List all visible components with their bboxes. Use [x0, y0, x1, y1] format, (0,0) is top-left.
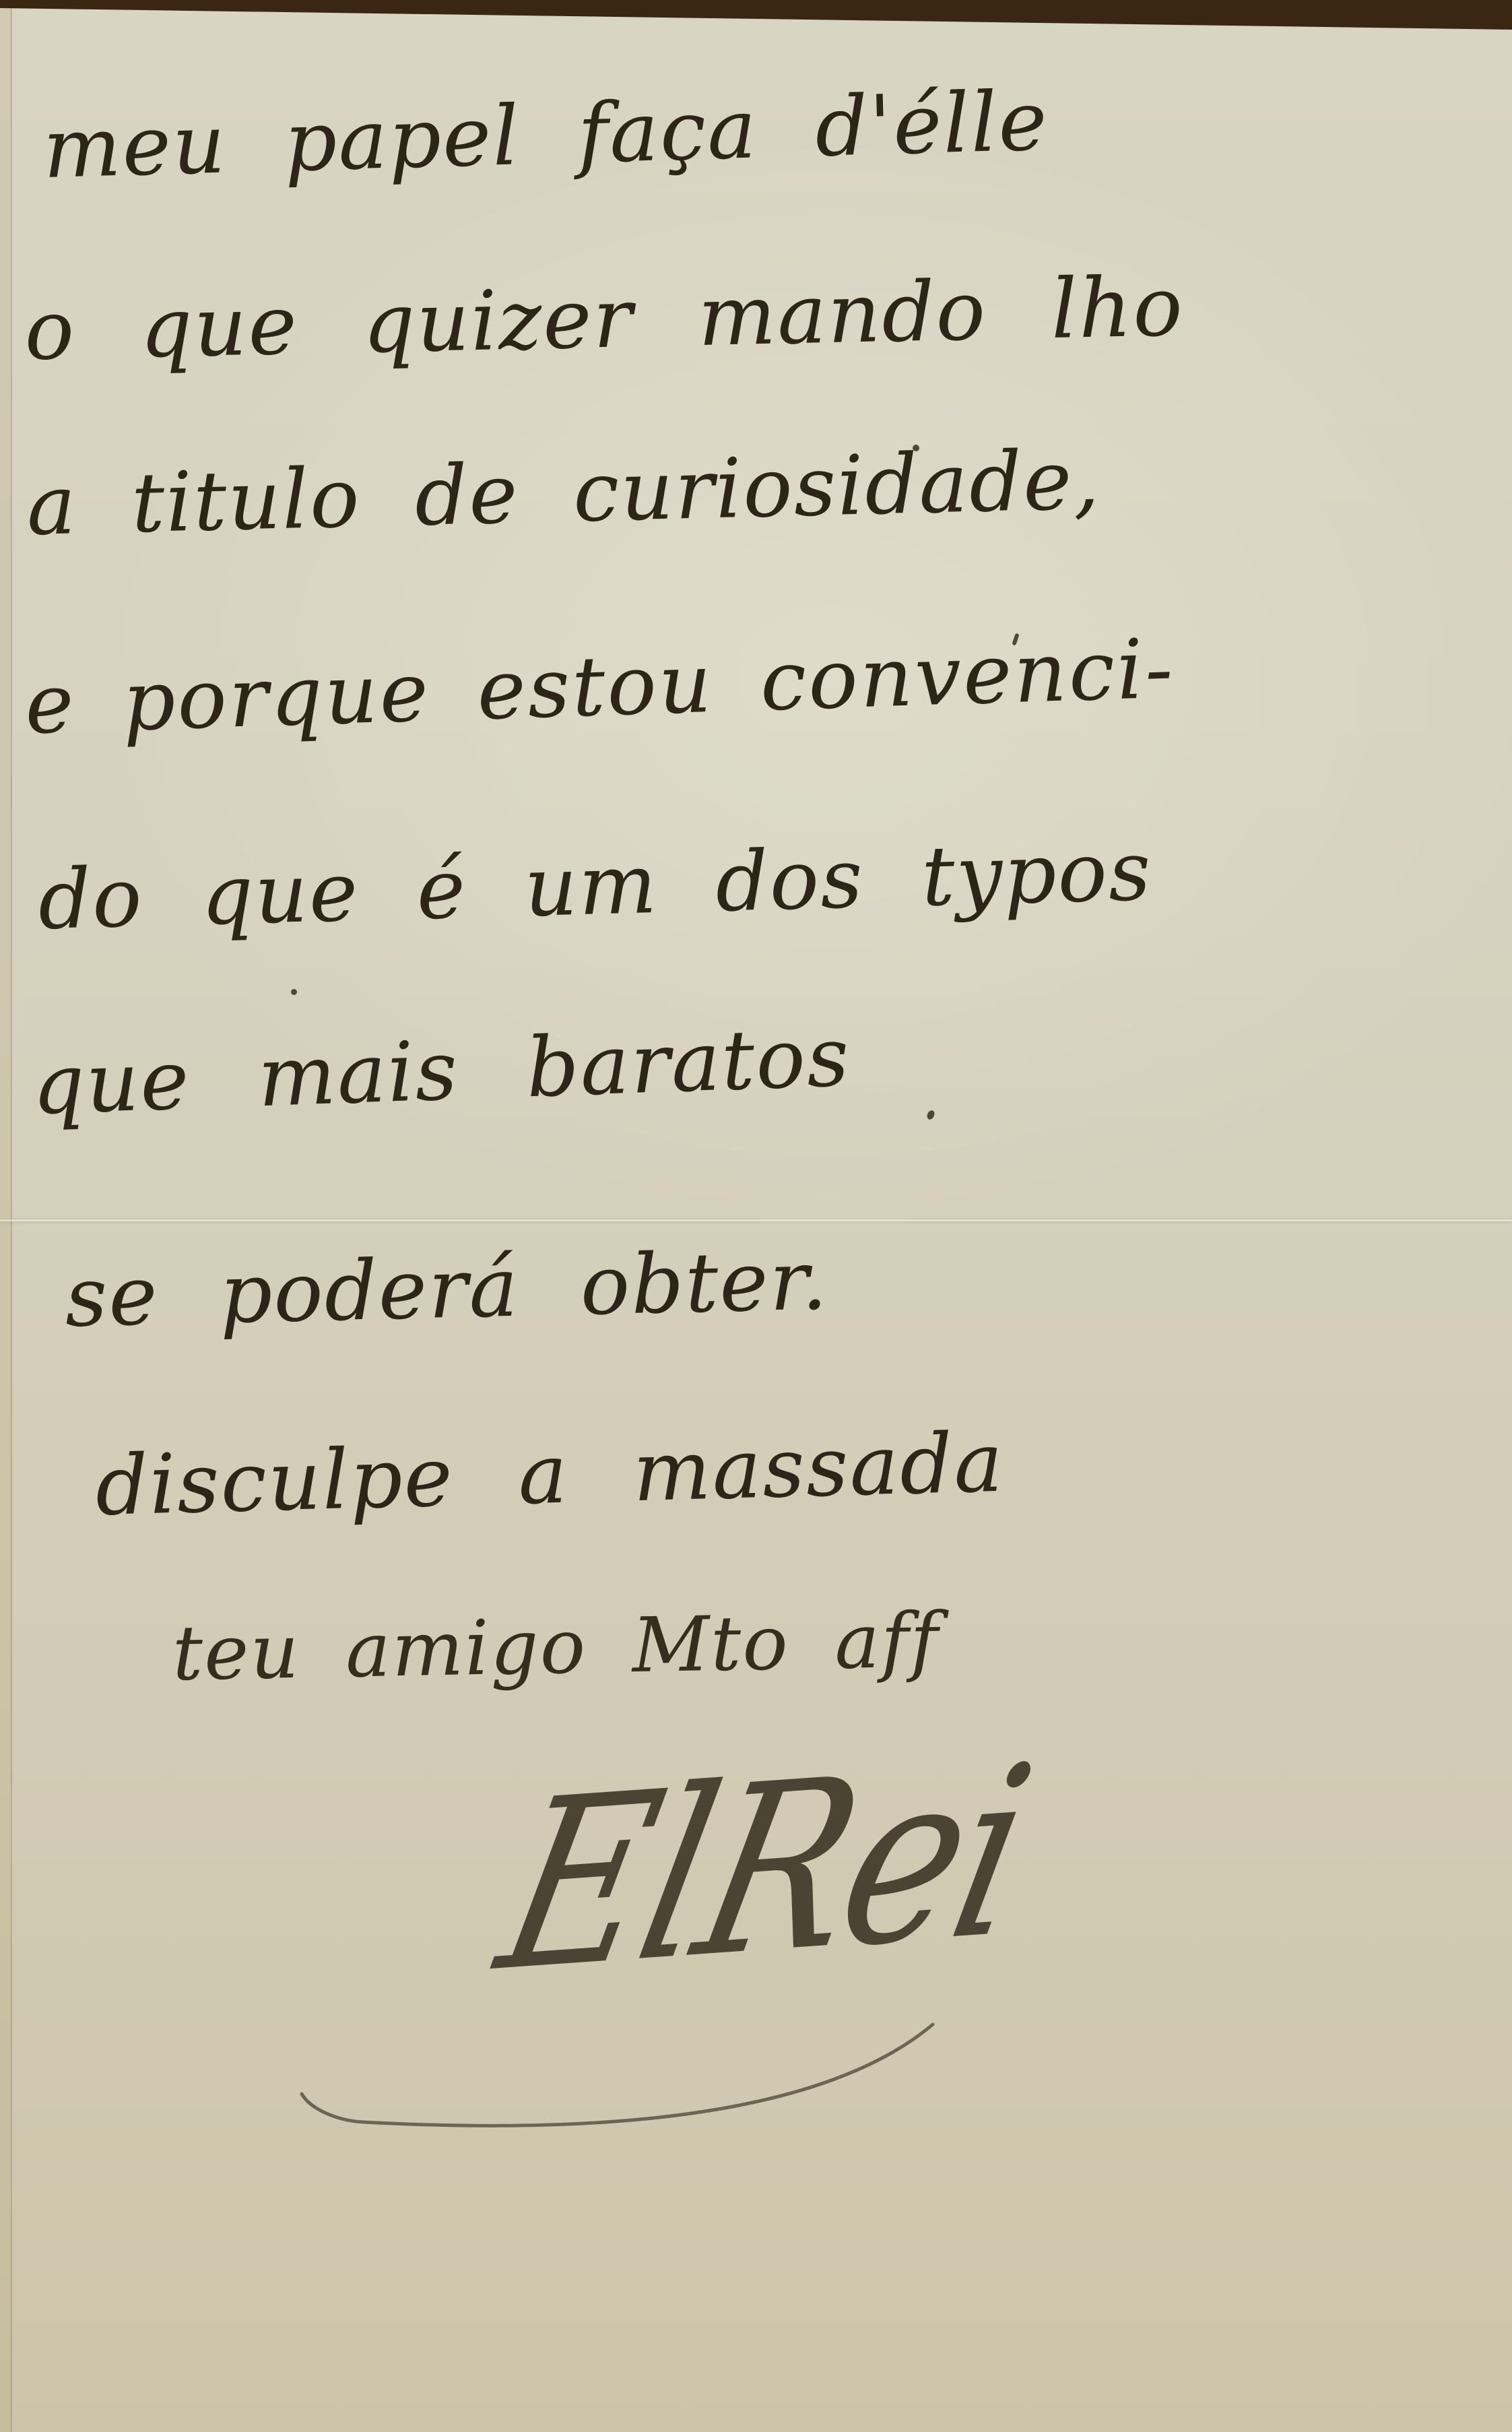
paper-edge-strip [0, 0, 11, 2432]
closing-line: teu amigo Mto aff [172, 1597, 940, 1698]
paper-edge-line [11, 0, 12, 2432]
manuscript-line-5: do que é um dos typos [37, 823, 1153, 948]
manuscript-line-1: meu papel faça d'élle [42, 73, 1049, 197]
signature: ElRei [481, 1716, 1047, 2024]
signature-flourish [283, 2014, 956, 2156]
manuscript-line-2: o que quizer mando lho [24, 259, 1185, 379]
manuscript-line-4: e porque estou convenci- [24, 620, 1176, 753]
letter-photo: meu papel faça d'élle o que quizer mando… [0, 0, 1512, 2432]
ink-speck [291, 989, 297, 995]
ink-speck [926, 1110, 936, 1121]
fold-crease [0, 1219, 1512, 1221]
manuscript-line-7: se poderá obter. [64, 1232, 830, 1345]
manuscript-line-6: que mais baratos [30, 1009, 852, 1133]
ink-speck [913, 445, 919, 451]
letter-paper: meu papel faça d'élle o que quizer mando… [0, 0, 1512, 2432]
manuscript-line-3: a titulo de curiosidade, [26, 432, 1102, 554]
manuscript-line-8: disculpe a massada [94, 1415, 1006, 1534]
